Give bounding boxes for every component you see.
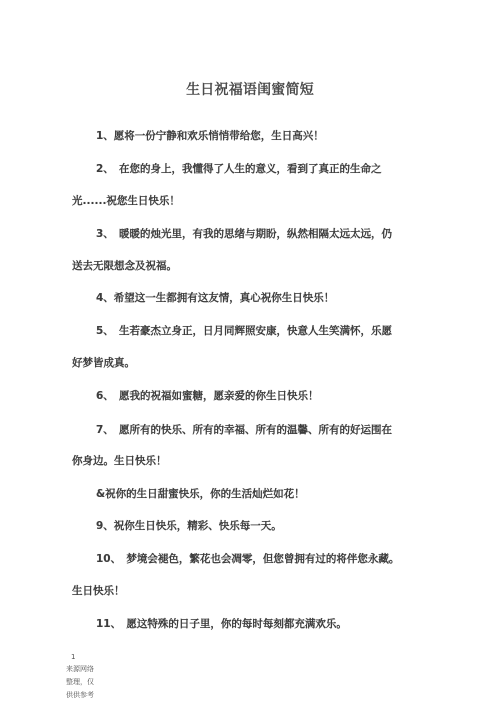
list-item-continuation-3: 送去无限想念及祝福。 bbox=[72, 260, 177, 272]
list-item-continuation-7: 你身边。生日快乐！ bbox=[72, 455, 167, 467]
footnote-line-3: 供供参考 bbox=[66, 692, 94, 699]
list-item-line-1: 1、愿将一份宁静和欢乐悄悄带给您，生日高兴！ bbox=[96, 130, 324, 142]
list-item-line-5: 5、 生若豪杰立身正，日月同辉照安康，快意人生笑满怀，乐愿 bbox=[96, 325, 392, 337]
footnote-marker: 1 bbox=[71, 654, 75, 661]
list-item-continuation-5: 好梦皆成真。 bbox=[72, 357, 135, 369]
list-item-line-6: 6、 愿我的祝福如蜜糖，愿亲爱的你生日快乐！ bbox=[96, 390, 319, 402]
footnote-line-2: 整理，仅 bbox=[66, 679, 94, 686]
list-item-line-10: 10、 梦境会褪色，繁花也会凋零，但您曾拥有过的将伴您永藏。 bbox=[96, 553, 399, 565]
list-item-line-7: 7、 愿所有的快乐、所有的幸福、所有的温馨、所有的好运围在 bbox=[96, 424, 392, 436]
document-page: 生日祝福语闺蜜简短 1、愿将一份宁静和欢乐悄悄带给您，生日高兴！ 2、 在您的身… bbox=[0, 0, 500, 708]
list-item-line-9: 9、祝你生日快乐，精彩、快乐每一天。 bbox=[96, 520, 282, 532]
list-item-line-11: 11、 愿这特殊的日子里，你的每时每刻都充满欢乐。 bbox=[96, 618, 347, 630]
list-item-line-8: &祝你的生日甜蜜快乐，你的生活灿烂如花！ bbox=[96, 488, 305, 500]
page-title: 生日祝福语闺蜜简短 bbox=[0, 83, 500, 97]
footnote-line-1: 来源网络 bbox=[66, 666, 94, 673]
list-item-line-4: 4、希望这一生都拥有这友情，真心祝你生日快乐！ bbox=[96, 292, 334, 304]
list-item-line-3: 3、 暖暖的烛光里，有我的思绪与期盼，纵然相隔太远太远，仍 bbox=[96, 228, 392, 240]
list-item-continuation-10: 生日快乐！ bbox=[72, 585, 125, 597]
list-item-line-2: 2、 在您的身上，我懂得了人生的意义，看到了真正的生命之 bbox=[96, 163, 382, 175]
list-item-continuation-2: 光......祝您生日快乐！ bbox=[72, 195, 180, 207]
